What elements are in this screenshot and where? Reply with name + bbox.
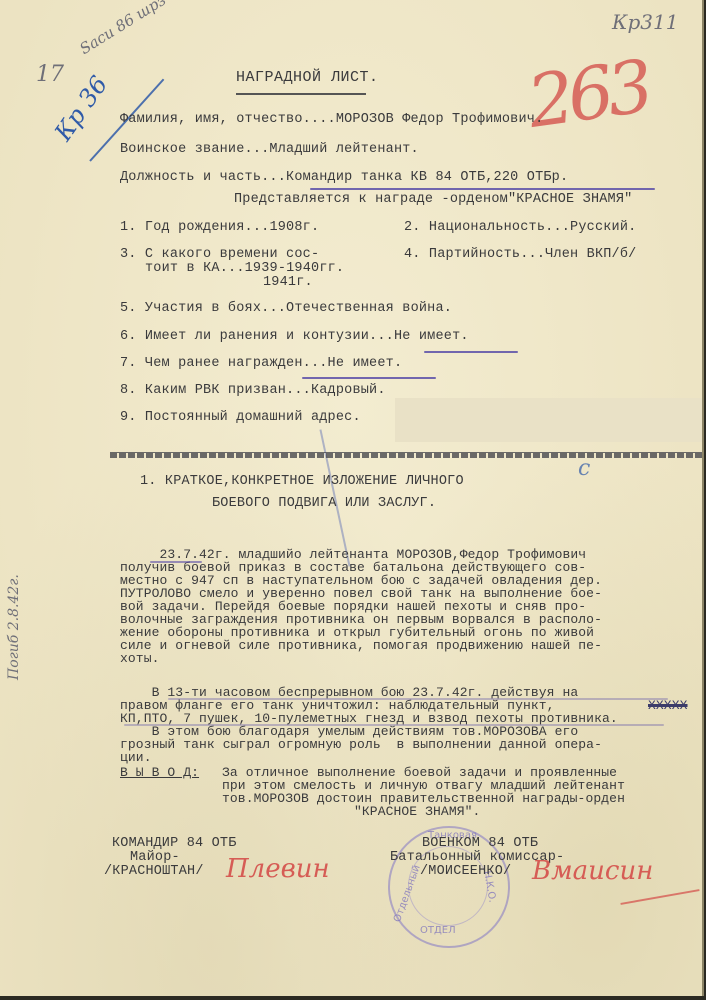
field-rank: Воинское звание...Младший лейтенант. <box>120 143 419 157</box>
item-draft-office: 8. Каким РВК призван...Кадровый. <box>120 384 386 398</box>
signature-right-title: ВОЕНКОМ 84 ОТБ <box>422 837 538 851</box>
margin-mark: 17 <box>36 62 64 87</box>
top-right-archive-code: Кр311 <box>612 10 678 34</box>
item-nationality: 2. Национальность...Русский. <box>404 221 636 235</box>
narrative-line: хоты. <box>120 652 160 665</box>
struck-out-word: ХХХХХ <box>648 699 688 712</box>
signature-right-name: /МОИСЕЕНКО/ <box>420 865 511 879</box>
top-left-pencil-note: Sacu 86 шрз <box>76 0 169 58</box>
item-party: 4. Партийность...Член ВКП/б/ <box>404 248 636 262</box>
narrative-line: силе и огневой силе противника, помогая … <box>120 639 602 652</box>
signature-right-handwritten: Вмаисин <box>532 856 653 886</box>
typed-divider <box>110 452 704 458</box>
field-fio: Фамилия, имя, отчество....МОРОЗОВ Федор … <box>120 113 543 127</box>
signature-left-title: КОМАНДИР 84 ОТБ <box>112 837 237 851</box>
conclusion-label: В Ы В О Д: <box>120 766 199 779</box>
award-sheet-page: 17 Sacu 86 шрз Кр311 263 Кр 36 Погиб 2.8… <box>0 0 704 996</box>
section-heading-line2: БОЕВОГО ПОДВИГА ИЛИ ЗАСЛУГ. <box>212 497 436 511</box>
conclusion-line: "КРАСНОЕ ЗНАМЯ". <box>354 805 480 818</box>
item-previous-awards: 7. Чем ранее награжден...Не имеет. <box>120 357 402 371</box>
date-underline <box>150 561 202 563</box>
item-service-since-cont2: 1941г. <box>263 276 313 290</box>
left-margin-death-note: Погиб 2.8.42г. <box>6 574 22 680</box>
signature-flourish <box>620 889 699 905</box>
item-wounds: 6. Имеет ли ранения и контузии...Не имее… <box>120 330 469 344</box>
narrative-line: грозный танк сыграл огромную роль в выпо… <box>120 738 602 751</box>
paragraph-underline <box>168 698 668 700</box>
document-title: НАГРАДНОЙ ЛИСТ. <box>236 70 379 85</box>
item-home-address: 9. Постоянный домашний адрес. <box>120 411 361 425</box>
item-birth-year: 1. Год рождения...1908г. <box>120 221 319 235</box>
redacted-address-block <box>395 398 704 442</box>
signature-left-handwritten: Плевин <box>226 854 330 884</box>
pencil-c-mark: с <box>578 456 590 481</box>
item-service-since-cont: тоит в КА...1939-1940гг. <box>145 262 344 276</box>
stamp-text-bottom: ОТДЕЛ <box>420 925 456 936</box>
title-underline <box>236 93 366 95</box>
awards-underline <box>302 377 436 379</box>
item-battles: 5. Участия в боях...Отечественная война. <box>120 302 452 316</box>
field-position: Должность и часть...Командир танка КВ 84… <box>120 171 568 185</box>
paragraph-underline <box>124 724 664 726</box>
award-nomination: Представляется к награде -орденом"КРАСНО… <box>234 193 632 207</box>
wounds-underline <box>424 351 518 353</box>
narrative-line: ции. <box>120 751 152 764</box>
position-underline <box>310 188 655 190</box>
red-archive-number: 263 <box>523 44 653 144</box>
signature-left-rank: Майор- <box>130 851 180 865</box>
signature-left-name: /КРАСНОШТАН/ <box>104 865 204 879</box>
section-heading-line1: 1. КРАТКОЕ,КОНКРЕТНОЕ ИЗЛОЖЕНИЕ ЛИЧНОГО <box>140 475 464 489</box>
item-service-since: 3. С какого времени сос- <box>120 248 319 261</box>
